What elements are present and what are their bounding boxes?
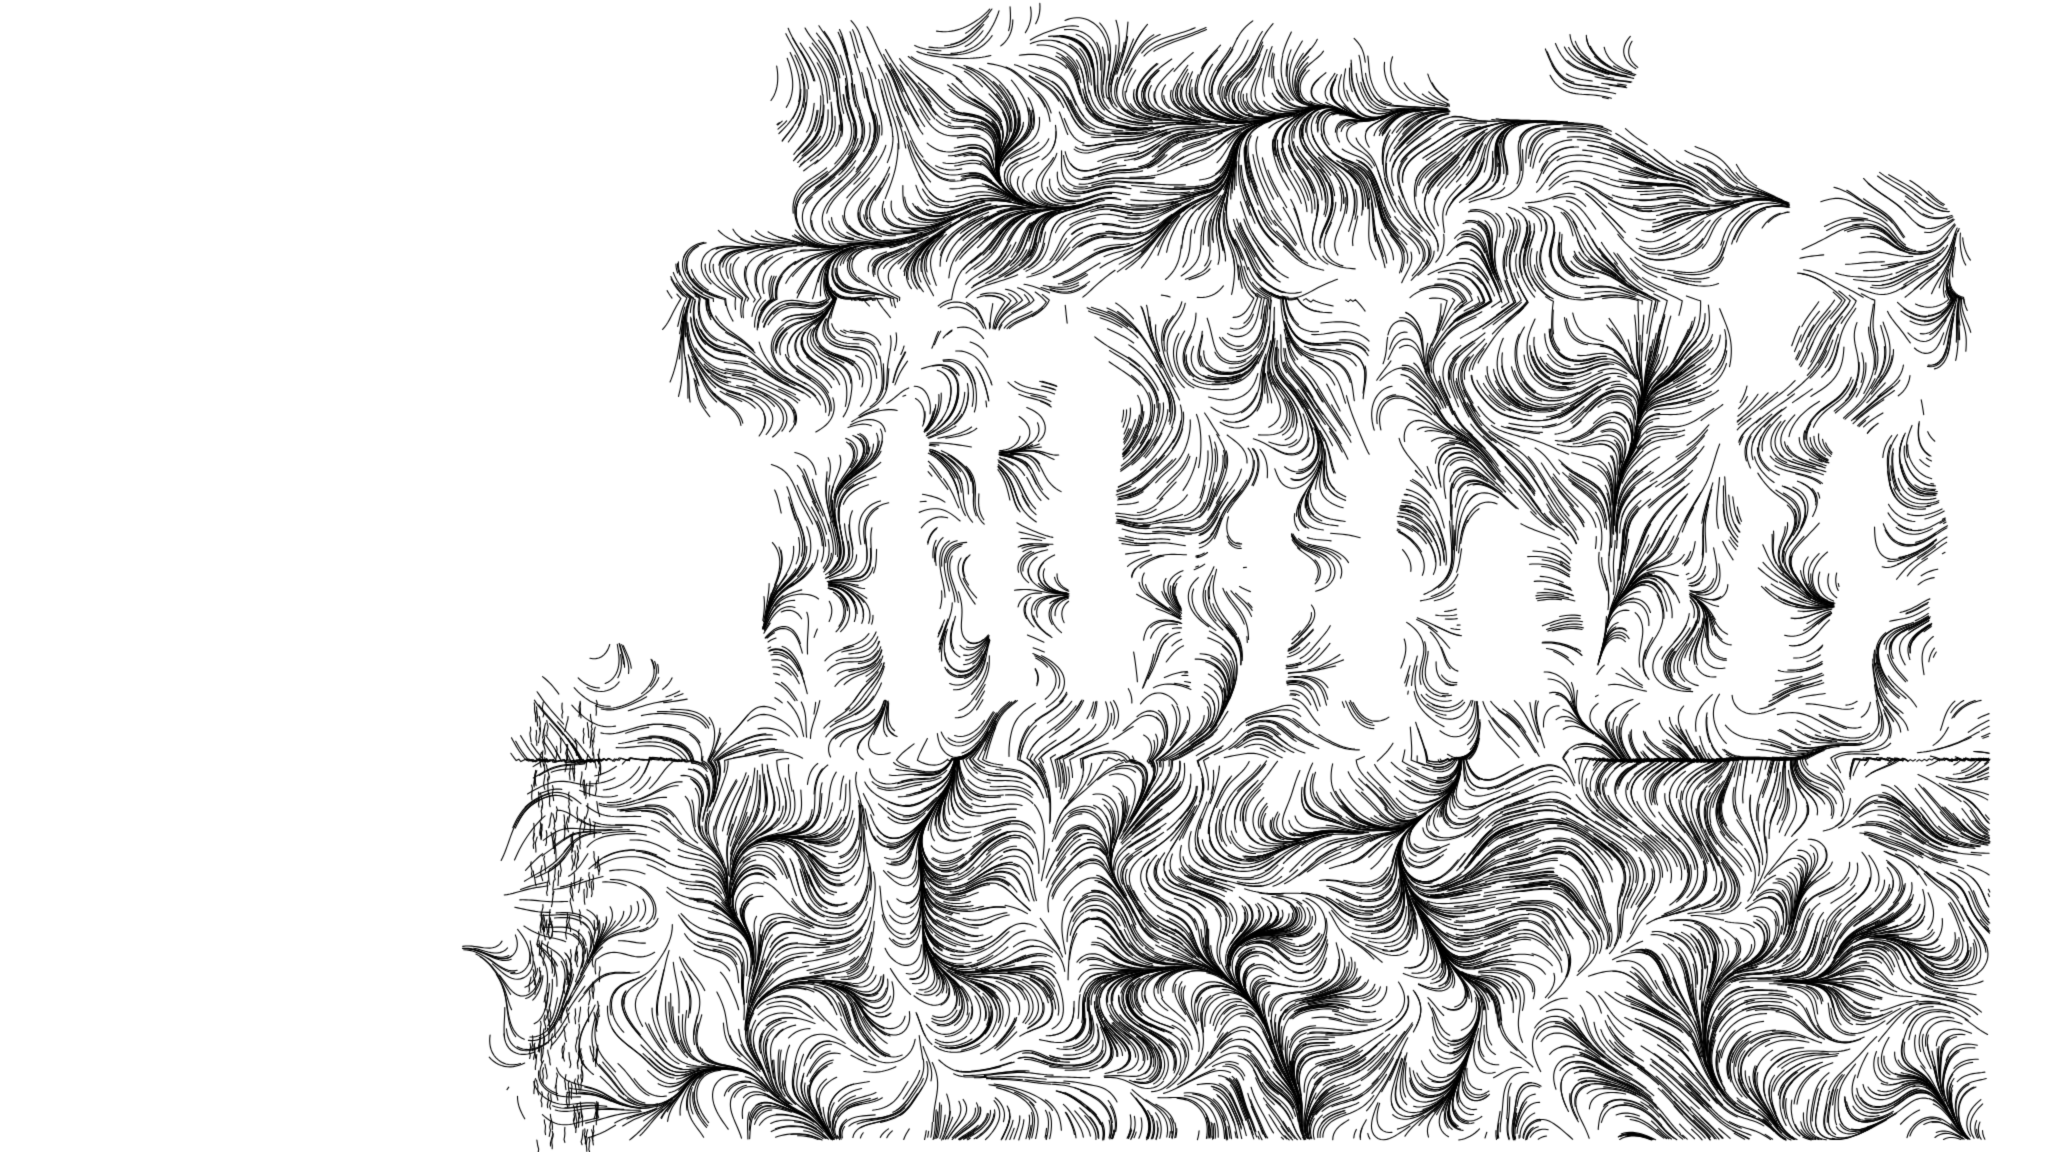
artwork-canvas [0, 0, 2048, 1152]
